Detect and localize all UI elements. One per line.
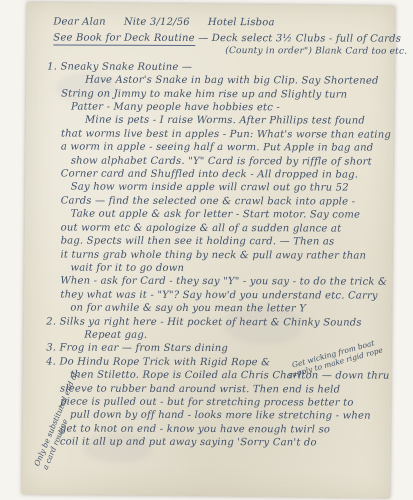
letter-line: pull down by off hand - looks more like … — [70, 409, 382, 423]
underlined-heading: See Book for Deck Routine — [53, 33, 195, 46]
subheader-rest: — Deck select 3½ Clubs - full of Cards — [195, 33, 401, 45]
letter-line: Corner card and Shuffled into deck - All… — [61, 168, 383, 183]
letter-line: bag. Spects will then see it holding car… — [61, 235, 383, 250]
letter-line: 2. Silks ya right here - Hit pocket of h… — [46, 315, 382, 330]
subheader-continuation: (County in order") Blank Card too etc. — [225, 46, 383, 58]
letter-line: get to knot on end - know you have enoug… — [60, 422, 382, 437]
letter-paper: Dear Alan Nite 3/12/56 Hotel Lisboa See … — [22, 2, 395, 498]
letter-line: Have Astor's Snake in bag with big Clip.… — [85, 74, 383, 88]
letter-line: Repeat gag. — [84, 329, 382, 343]
letter-line: piece is pulled out - but for stretching… — [60, 395, 382, 410]
letter-line: show alphabet Cards. "Y" Card is forced … — [71, 154, 383, 168]
letter-line: it turns grab whole thing by neck & pull… — [61, 248, 383, 263]
letter-line: they what was it - "Y"? Say how'd you un… — [60, 288, 382, 303]
letter-body: 1. Sneaky Snake Routine — Have Astor's S… — [46, 60, 383, 450]
letter-line: Take out apple & ask for letter - Start … — [71, 208, 383, 222]
subheader-line: See Book for Deck Routine — Deck select … — [53, 32, 383, 47]
letter-line: Patter - Many people have hobbies etc - — [71, 101, 383, 115]
letter-line: Mine is pets - I raise Worms. After Phil… — [85, 114, 383, 128]
letter-line: Cards — find the selected one & crawl ba… — [61, 194, 383, 209]
letter-line: sleeve to rubber band around wrist. Then… — [60, 382, 382, 397]
location: Hotel Lisboa — [208, 16, 275, 30]
letter-line: String on Jimmy to make him rise up and … — [61, 87, 383, 102]
letter-line: wait for it to go down — [70, 261, 382, 275]
letter-line: on for awhile & say oh you mean the lett… — [70, 302, 382, 316]
letter-line: then Stiletto. Rope is Coiled ala Chris … — [70, 369, 382, 383]
date: Nite 3/12/56 — [124, 16, 190, 30]
letter-line: When - ask for Card - they say "Y" - you… — [60, 275, 382, 290]
letter-line: out worm etc & apologize & all of a sudd… — [61, 221, 383, 236]
letter-line: a worm in apple - seeing half a worm. Pu… — [61, 141, 383, 156]
letter-line: that worms live best in apples - Pun: Wh… — [61, 127, 383, 142]
letter-line: 1. Sneaky Snake Routine — — [47, 60, 383, 75]
letter-header: Dear Alan Nite 3/12/56 Hotel Lisboa — [53, 15, 383, 30]
greeting: Dear Alan — [53, 15, 106, 29]
scanned-letter: Dear Alan Nite 3/12/56 Hotel Lisboa See … — [0, 0, 413, 500]
letter-text: Dear Alan Nite 3/12/56 Hotel Lisboa See … — [46, 15, 384, 450]
letter-line: coil it all up and put away saying 'Sorr… — [60, 436, 382, 451]
letter-line: Say how worm inside apple will crawl out… — [71, 181, 383, 195]
